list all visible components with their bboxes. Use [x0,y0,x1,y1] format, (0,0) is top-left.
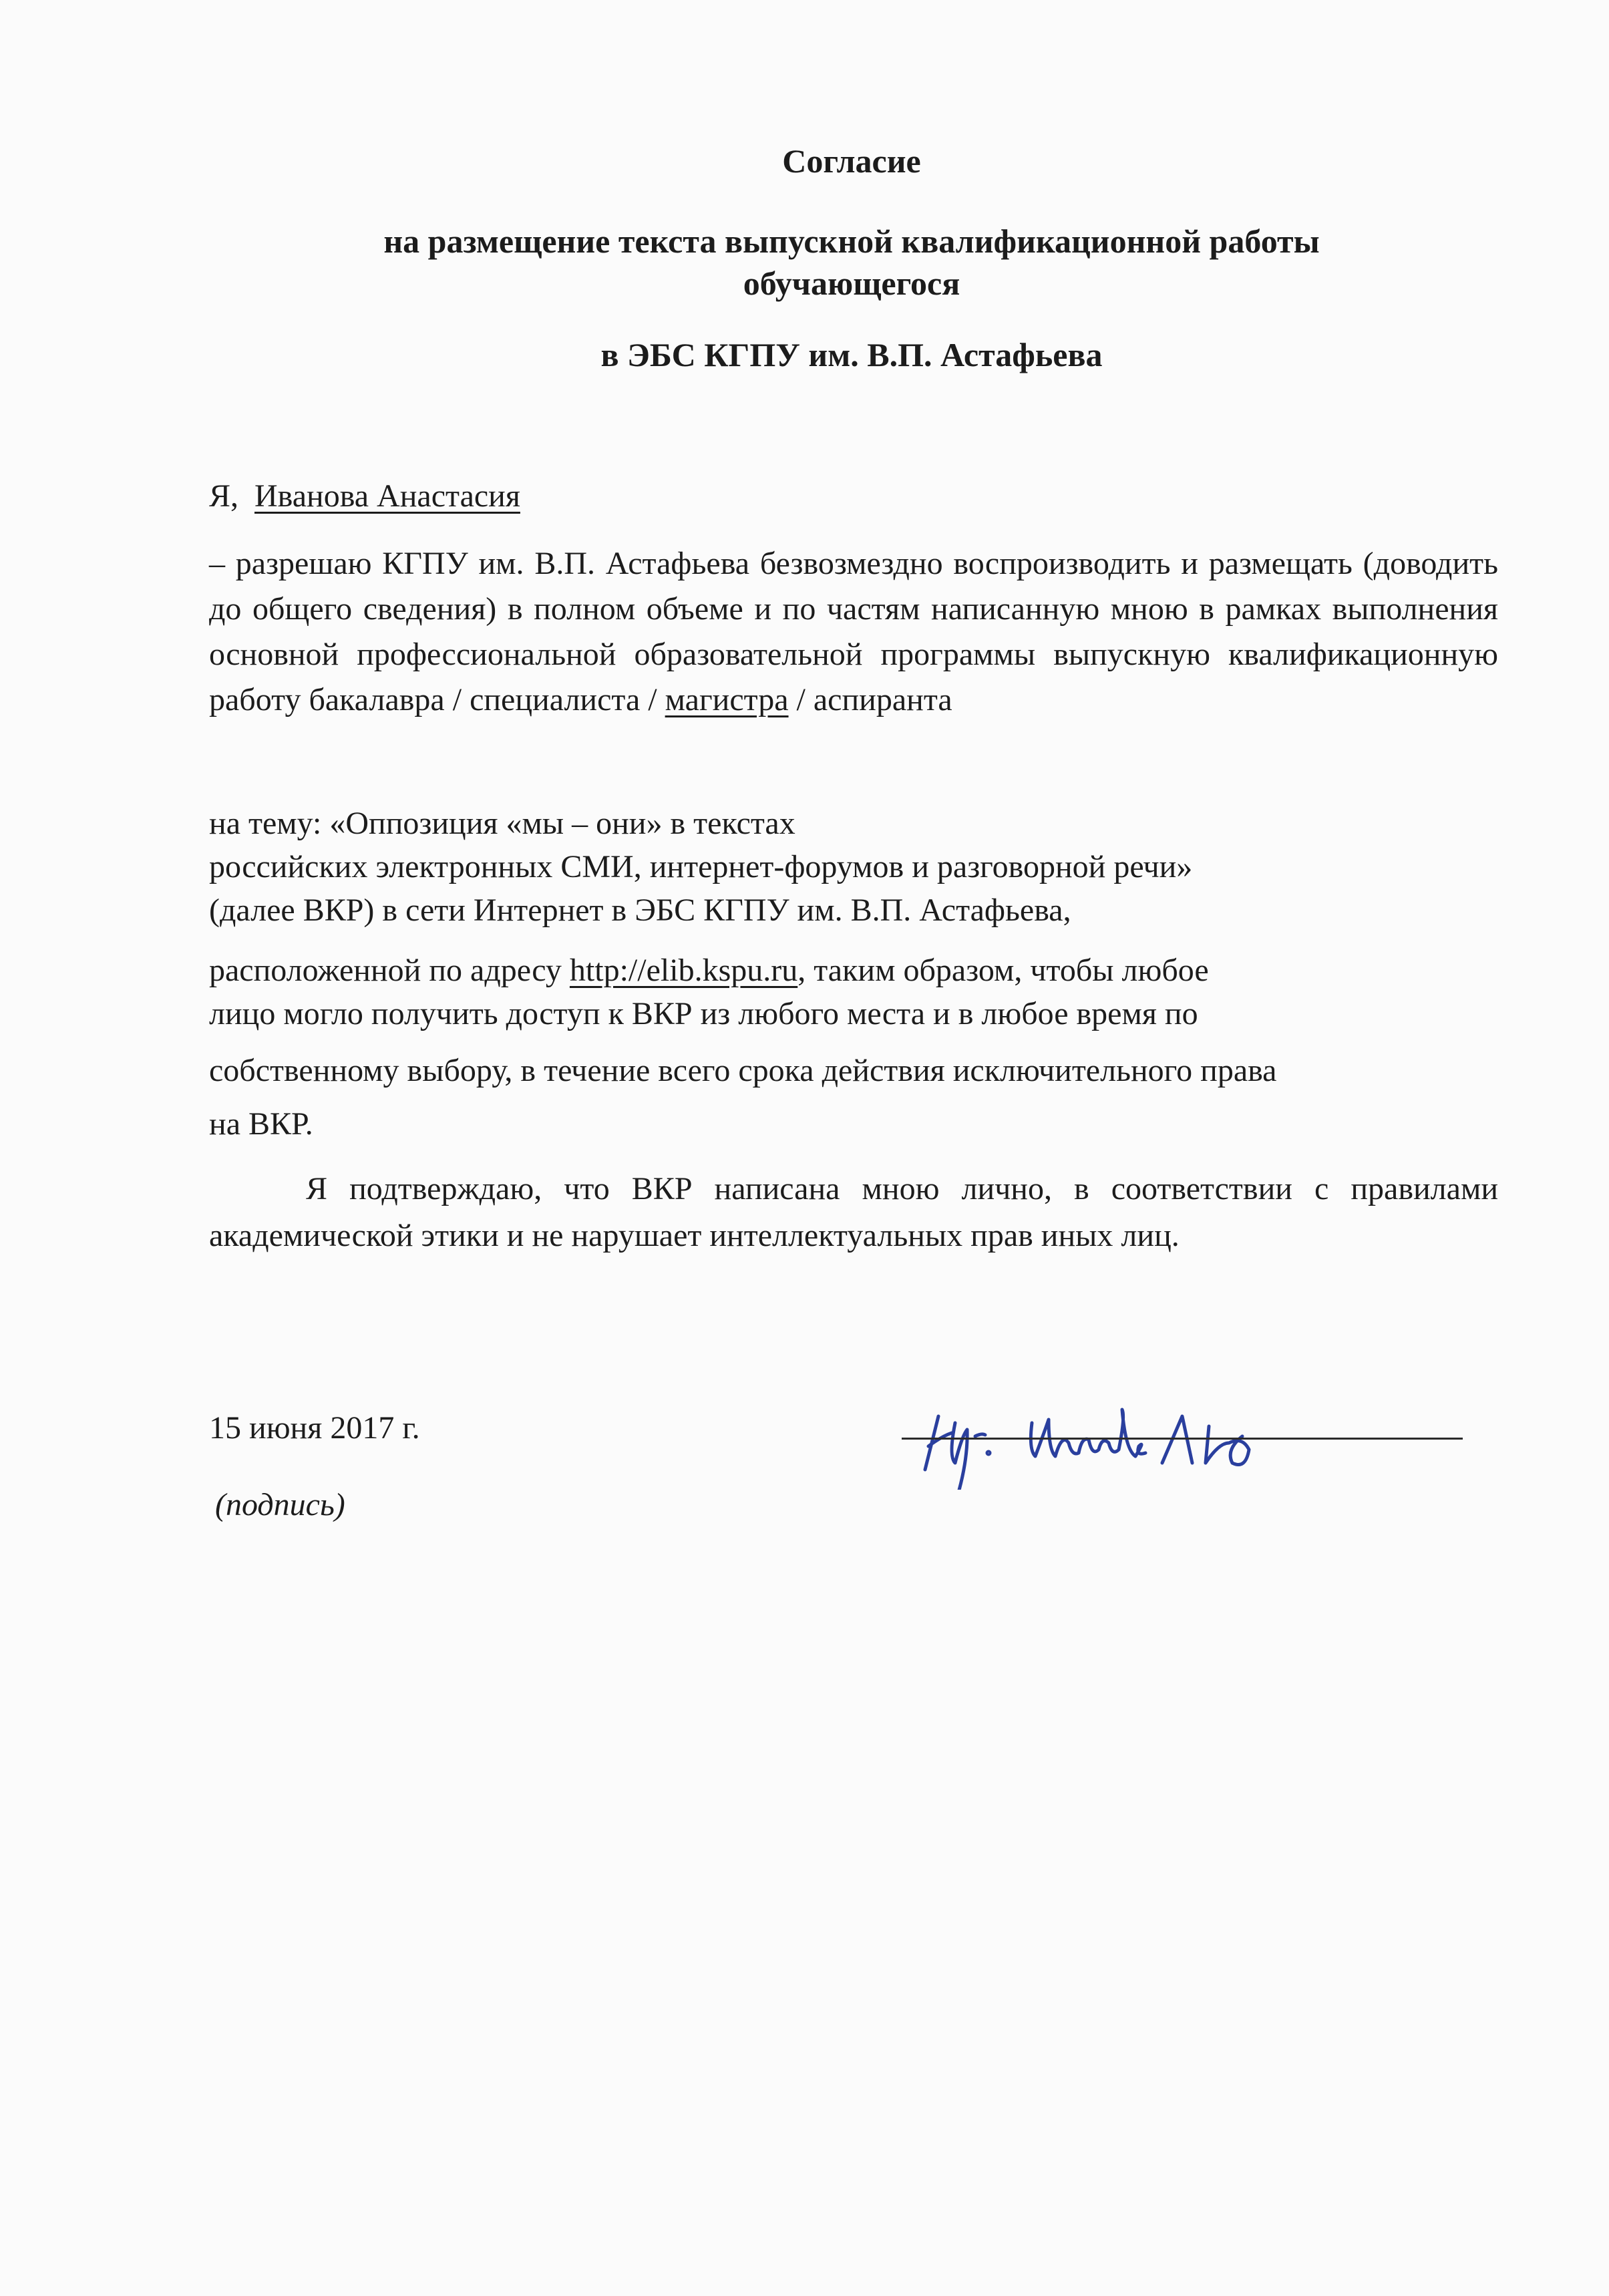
subtitle-line-2: обучающегося [200,263,1503,305]
separator: / [789,682,814,717]
signature-caption: (подпись) [215,1486,345,1523]
degree-bachelor: бакалавра [309,682,444,717]
document-title: Согласие [200,140,1503,182]
degree-postgrad: аспиранта [814,682,952,717]
topic-line-1: на тему: «Оппозиция «мы – они» в текстах [209,805,795,842]
access-line-1: лицо могло получить доступ к ВКР из любо… [209,995,1198,1032]
student-name: Иванова Анастасия [254,478,520,514]
address-link[interactable]: http://elib.kspu.ru [570,953,797,988]
degree-options: бакалавра / специалиста / магистра / асп… [309,682,952,717]
permission-paragraph: – разрешаю КГПУ им. В.П. Астафьева безво… [209,541,1498,723]
handwritten-signature-icon [888,1369,1489,1490]
subtitle-line-3: в ЭБС КГПУ им. В.П. Астафьева [200,334,1503,376]
intro-prefix: Я, [209,478,238,514]
consent-document: Согласие на размещение текста выпускной … [0,0,1609,2296]
address-prefix: расположенной по адресу [209,953,570,988]
subtitle-line-1: на размещение текста выпускной квалифика… [200,220,1503,263]
separator: / [640,682,665,717]
access-line-2: собственному выбору, в течение всего сро… [209,1052,1276,1089]
topic-line-2: российских электронных СМИ, интернет-фор… [209,848,1192,885]
separator: / [445,682,470,717]
address-suffix: , таким образом, чтобы любое [797,953,1208,988]
degree-master-selected: магистра [665,682,789,717]
confirmation-paragraph: Я подтверждаю, что ВКР написана мною лич… [209,1166,1498,1259]
document-subtitle: на размещение текста выпускной квалифика… [200,220,1503,304]
access-line-3: на ВКР. [209,1106,313,1142]
topic-line-3: (далее ВКР) в сети Интернет в ЭБС КГПУ и… [209,892,1071,929]
date: 15 июня 2017 г. [209,1410,420,1446]
degree-specialist: специалиста [470,682,640,717]
student-line: Я, Иванова Анастасия [209,478,520,514]
address-line: расположенной по адресу http://elib.kspu… [209,952,1209,989]
signature-line [902,1438,1463,1440]
